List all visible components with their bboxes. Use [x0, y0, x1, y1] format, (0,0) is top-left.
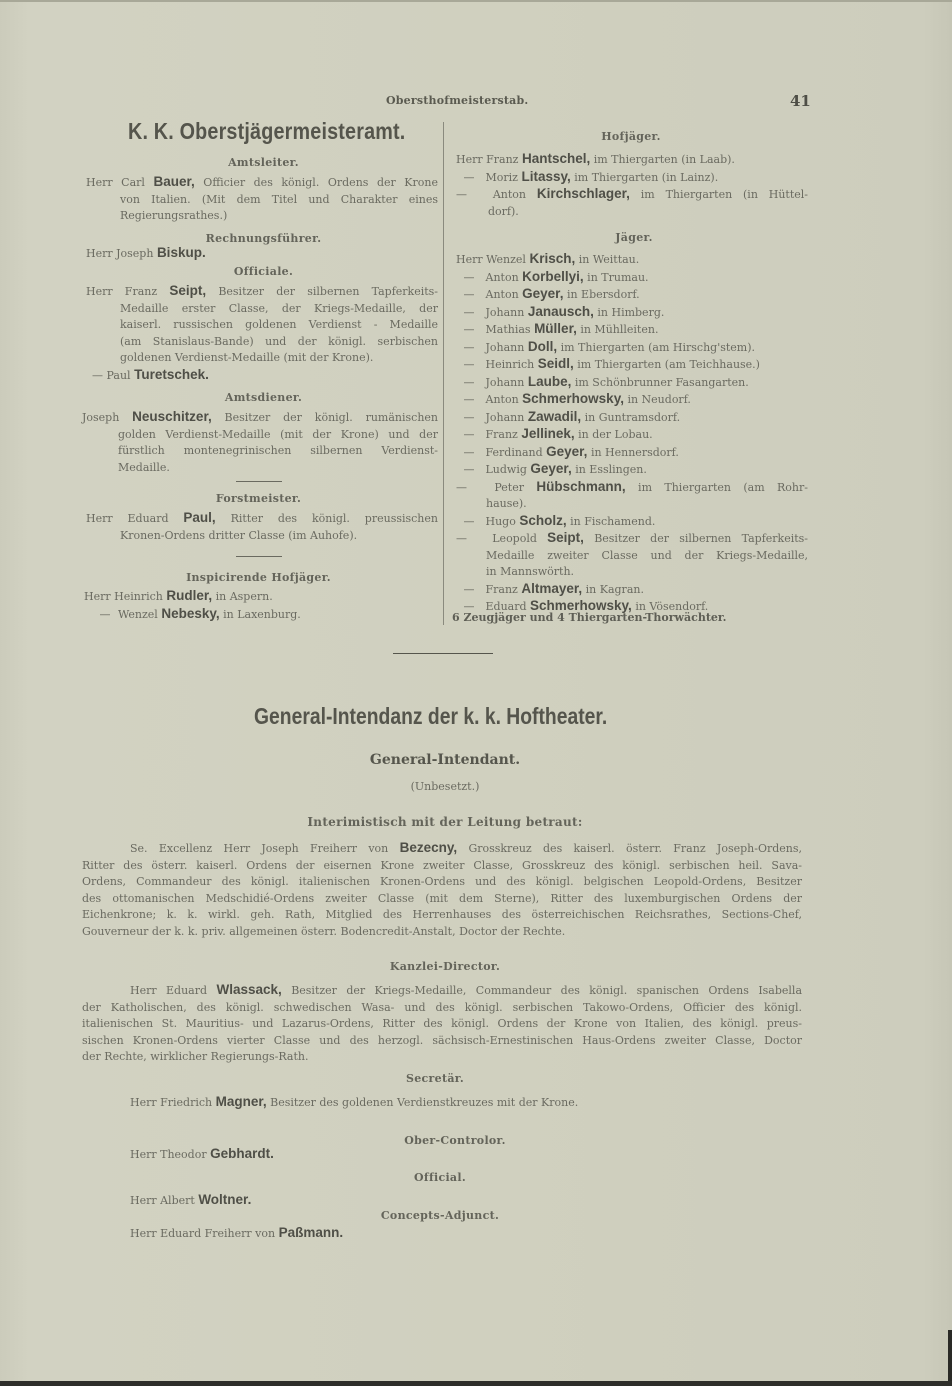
- list-item: — Anton Korbellyi, in Trumau.: [456, 269, 808, 287]
- list-item: — Hugo Scholz, in Fischamend.: [456, 513, 808, 531]
- list-item: — Johann Janausch, in Himberg.: [456, 304, 808, 322]
- list-item: — Moriz Litassy, im Thiergarten (in Lain…: [456, 169, 808, 187]
- heading-amtsleiter: Amtsleiter.: [86, 156, 441, 169]
- entry-turetschek: — Paul Turetschek.: [92, 367, 209, 385]
- heading-hofjaeger: Hofjäger.: [456, 130, 806, 143]
- entry-neuschitzer: Joseph Neuschitzer, Besitzer der königl.…: [82, 409, 438, 476]
- entry-paul: Herr Eduard Paul, Ritter des königl. pre…: [86, 510, 438, 544]
- note-unbesetzt: (Unbesetzt.): [300, 779, 590, 796]
- section-separator: [393, 653, 493, 654]
- heading-secretaer: Secretär.: [330, 1072, 540, 1085]
- heading-officiale: Officiale.: [86, 265, 441, 278]
- entry-gebhardt: Herr Theodor Gebhardt.: [130, 1146, 274, 1164]
- list-item: — Anton Kirchschlager, im Thiergarten (i…: [456, 186, 808, 204]
- scan-edge-bottom: [0, 1381, 952, 1386]
- heading-rechnungsfuehrer: Rechnungsführer.: [86, 232, 441, 245]
- hofjaeger-list: Herr Franz Hantschel, im Thiergarten (in…: [456, 151, 808, 220]
- list-item: — Anton Schmerhowsky, in Neudorf.: [456, 391, 808, 409]
- jaeger-list: Herr Wenzel Krisch, in Weittau. — Anton …: [456, 251, 808, 616]
- list-item: Herr Franz Hantschel, im Thiergarten (in…: [456, 151, 808, 169]
- heading-concepts-adjunct: Concepts-Adjunct.: [340, 1209, 540, 1222]
- heading-kanzlei-director: Kanzlei-Director.: [300, 960, 590, 973]
- list-item: — Franz Jellinek, in der Lobau.: [456, 426, 808, 444]
- heading-jaeger: Jäger.: [456, 231, 812, 244]
- entry-rudler: Herr Heinrich Rudler, in Aspern.: [84, 588, 273, 606]
- list-item: — Johann Zawadil, in Guntramsdorf.: [456, 409, 808, 427]
- entry-nebesky: —Wenzel Nebesky, in Laxenburg.: [92, 606, 301, 624]
- paragraph-wlassack: Herr Eduard Wlassack, Besitzer der Krieg…: [82, 982, 802, 1066]
- list-item: Herr Wenzel Krisch, in Weittau.: [456, 251, 808, 269]
- list-item: — Leopold Seipt, Besitzer der silbernen …: [456, 530, 808, 548]
- heading-official: Official.: [340, 1171, 540, 1184]
- list-item: — Peter Hübschmann, im Thiergarten (am R…: [456, 479, 808, 497]
- divider-rule: [236, 481, 282, 482]
- entry-passmann: Herr Eduard Freiherr von Paßmann.: [130, 1225, 343, 1243]
- list-item: — Mathias Müller, in Mühlleiten.: [456, 321, 808, 339]
- heading-forstmeister: Forstmeister.: [86, 492, 431, 505]
- list-item: — Anton Geyer, in Ebersdorf.: [456, 286, 808, 304]
- footnote-zeugjaeger: 6 Zeugjäger und 4 Thiergarten-Thorwächte…: [452, 610, 727, 627]
- scanned-page: Obersthofmeisterstab. 41 K. K. Oberstjäg…: [0, 0, 952, 1386]
- column-divider: [443, 122, 444, 625]
- list-item: — Ferdinand Geyer, in Hennersdorf.: [456, 444, 808, 462]
- heading-general-intendant: General-Intendant.: [300, 752, 590, 768]
- scan-edge-top: [0, 0, 952, 2]
- heading-inspicirende-hofjaeger: Inspicirende Hofjäger.: [86, 571, 431, 584]
- divider-rule: [236, 556, 282, 557]
- heading-ober-controlor: Ober-Controlor.: [340, 1134, 570, 1147]
- list-item: — Heinrich Seidl, im Thiergarten (am Tei…: [456, 356, 808, 374]
- list-item: — Johann Doll, im Thiergarten (am Hirsch…: [456, 339, 808, 357]
- scan-edge-right: [948, 1330, 952, 1386]
- page-number: 41: [790, 92, 811, 110]
- running-head: Obersthofmeisterstab.: [386, 94, 528, 107]
- heading-interimistisch: Interimistisch mit der Leitung betraut:: [260, 815, 630, 829]
- section-title-oberstjaegermeisteramt: K. K. Oberstjägermeisteramt.: [128, 118, 405, 145]
- list-item: — Ludwig Geyer, in Esslingen.: [456, 461, 808, 479]
- entry-magner: Herr Friedrich Magner, Besitzer des gold…: [130, 1094, 578, 1112]
- entry-seipt-franz: Herr Franz Seipt, Besitzer der silbernen…: [86, 283, 438, 367]
- section-title-hoftheater: General-Intendanz der k. k. Hoftheater.: [254, 703, 607, 730]
- list-item: — Johann Laube, im Schönbrunner Fasangar…: [456, 374, 808, 392]
- list-item: — Franz Altmayer, in Kagran.: [456, 581, 808, 599]
- entry-biskup: Herr Joseph Biskup.: [86, 245, 206, 263]
- heading-amtsdiener: Amtsdiener.: [86, 391, 441, 404]
- entry-bauer: Herr Carl Bauer, Officier des königl. Or…: [86, 174, 438, 225]
- entry-woltner: Herr Albert Woltner.: [130, 1192, 251, 1210]
- paragraph-bezecny: Se. Excellenz Herr Joseph Freiherr von B…: [82, 840, 802, 940]
